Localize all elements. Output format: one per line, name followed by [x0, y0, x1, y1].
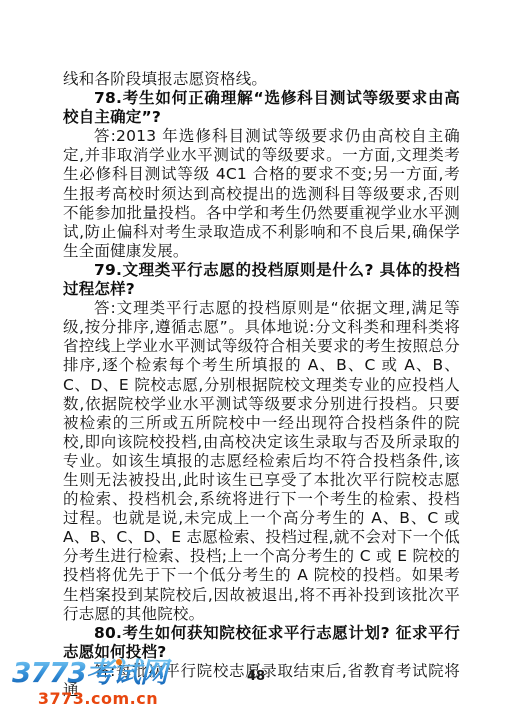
question-79: 79.文理类平行志愿的投档原则是什么? 具体的投档过程怎样?: [63, 261, 460, 299]
answer-78: 答:2013 年选修科目测试等级要求仍由高校自主确定,并非取消学业水平测试的等级…: [63, 127, 460, 261]
question-78: 78.考生如何正确理解“选修科目测试等级要求由高校自主确定”?: [63, 89, 460, 127]
logo-accent-dot-icon: [116, 659, 122, 665]
answer-79: 答:文理类平行志愿的投档原则是“依据文理,满足等级,按分排序,遵循志愿”。具体地…: [63, 299, 460, 624]
paragraph-continuation: 线和各阶段填报志愿资格线。: [63, 70, 460, 89]
page-body-text: 线和各阶段填报志愿资格线。 78.考生如何正确理解“选修科目测试等级要求由高校自…: [63, 70, 460, 700]
watermark-site-name: 3773考试网: [12, 657, 184, 689]
watermark-logo: 3773考试网 3773.com.cn: [12, 657, 184, 707]
document-page: 线和各阶段填报志愿资格线。 78.考生如何正确理解“选修科目测试等级要求由高校自…: [0, 0, 512, 728]
watermark-site-url: 3773.com.cn: [12, 690, 184, 707]
